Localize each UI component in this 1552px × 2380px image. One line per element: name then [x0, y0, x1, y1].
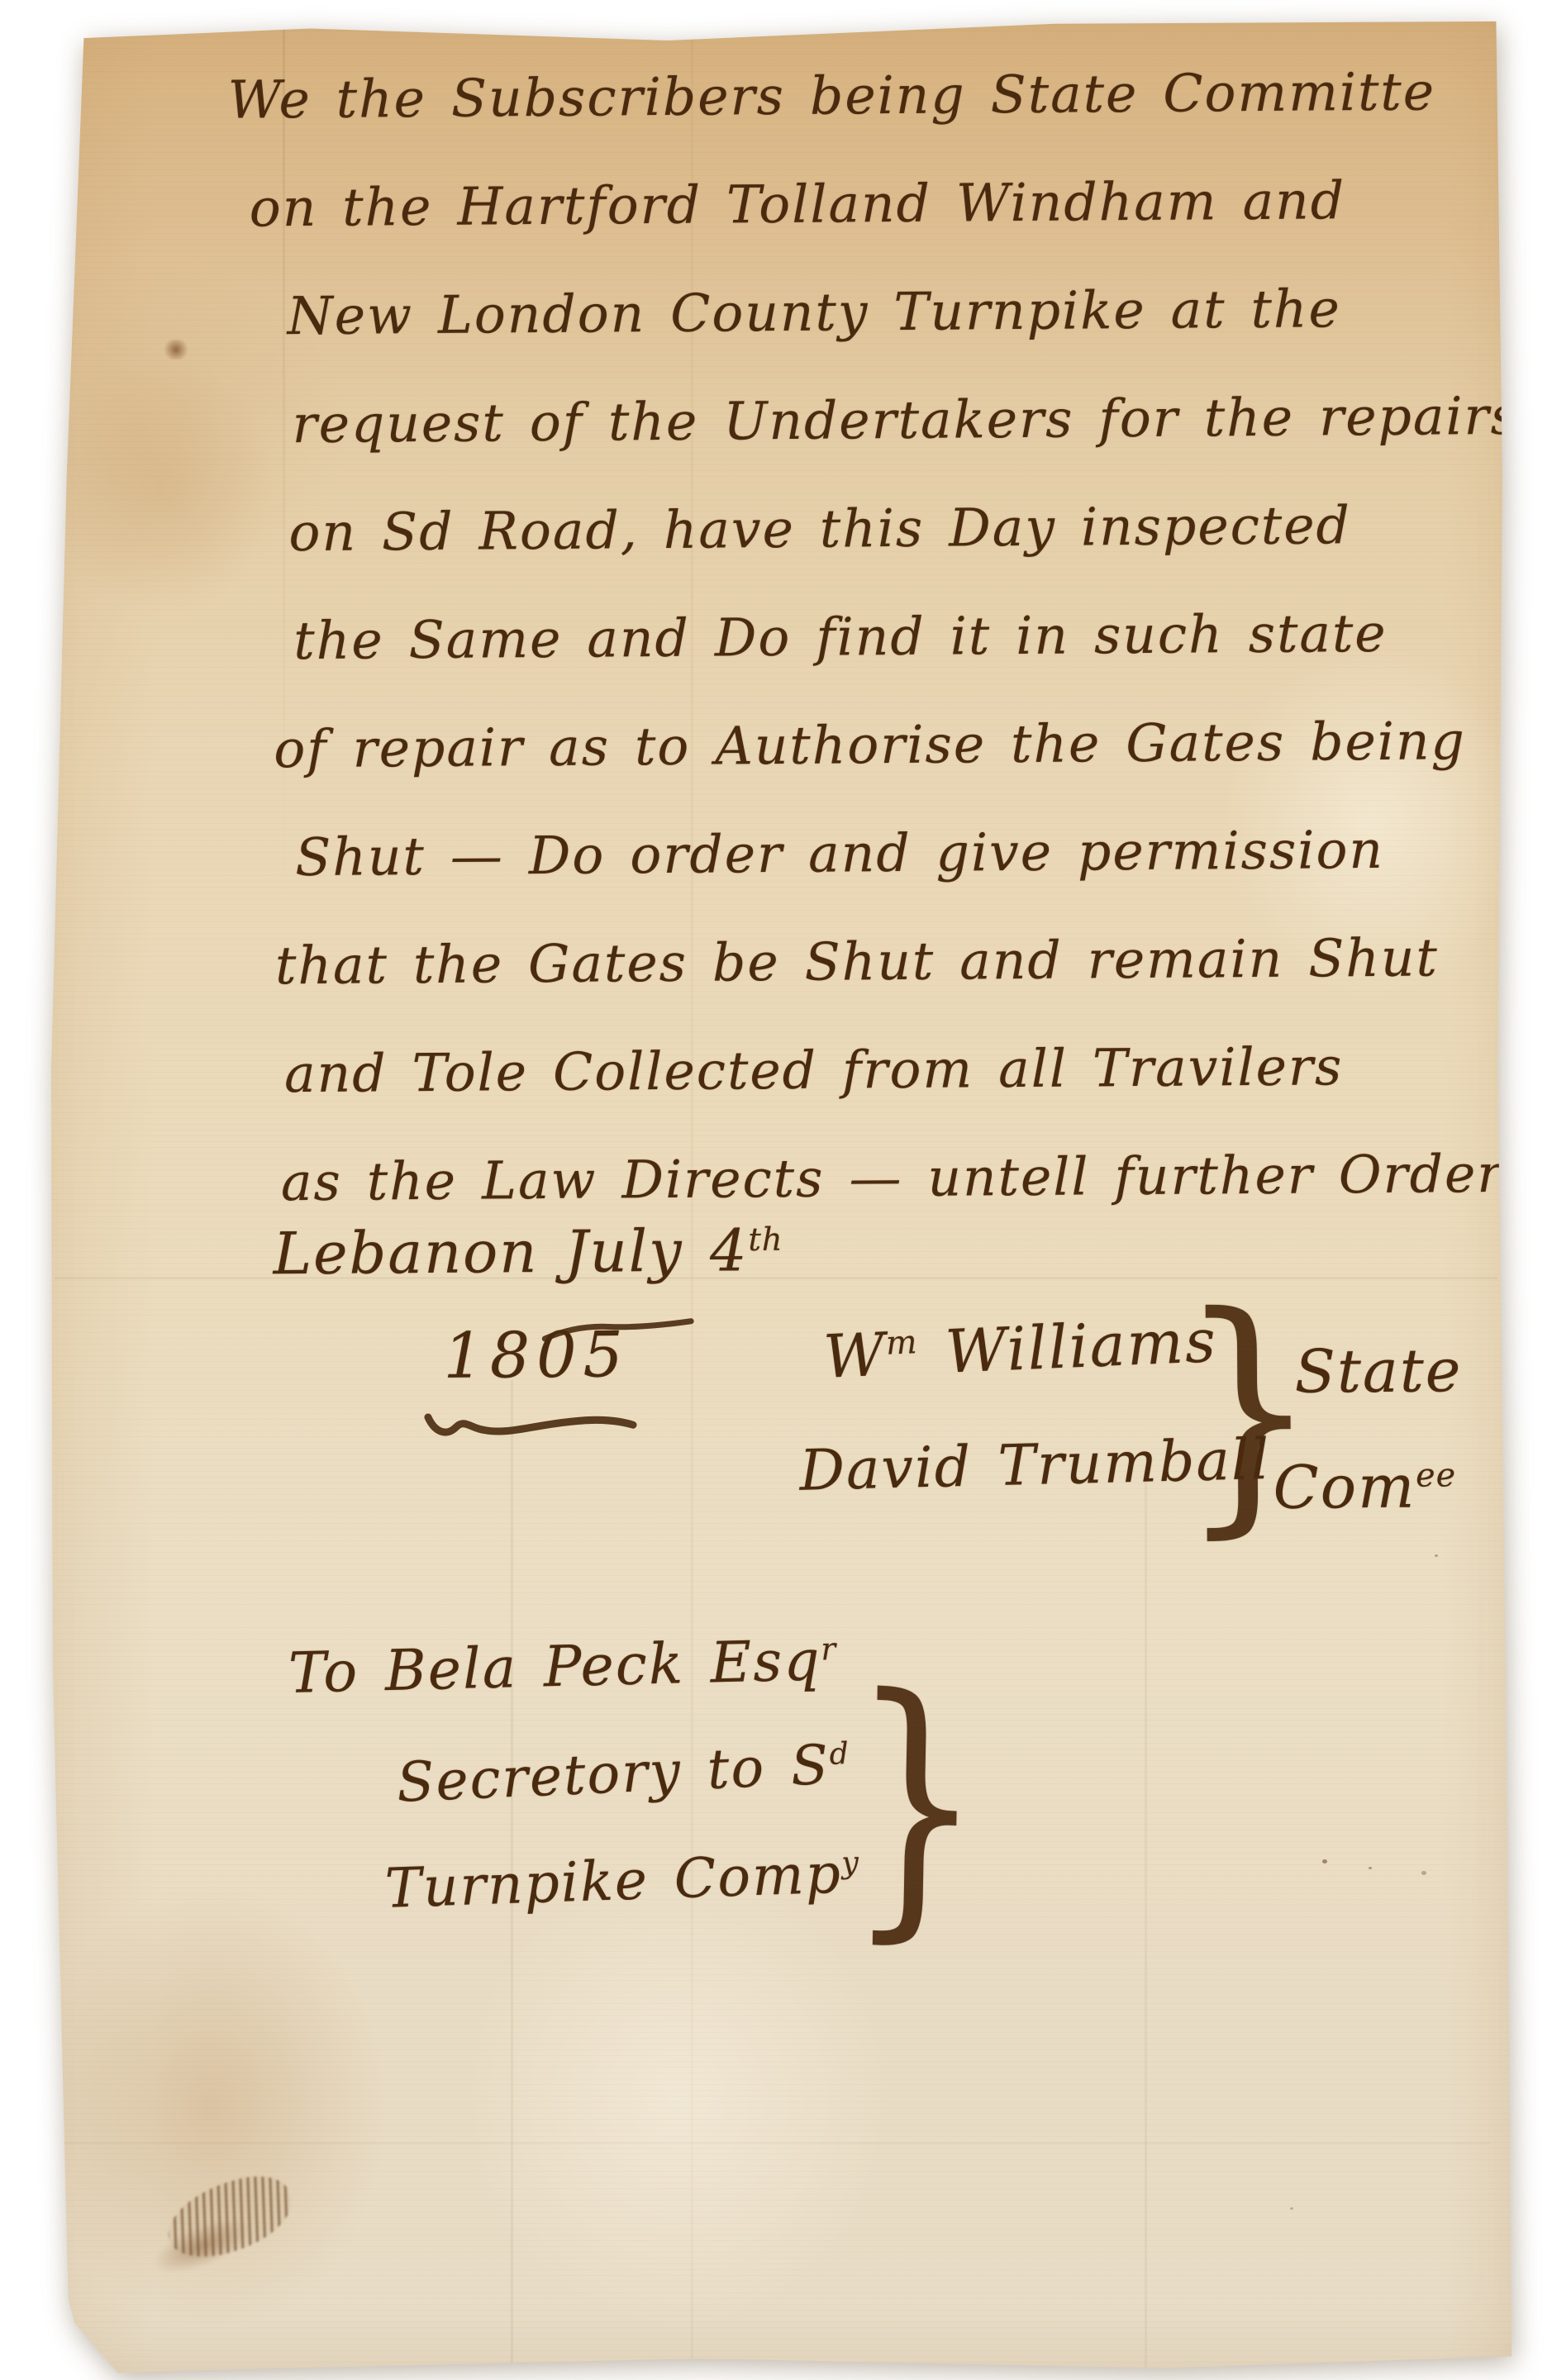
committee-title-comtee: Comee [1273, 1456, 1456, 1517]
body-line-1: We the Subscribers being State Committe [228, 65, 1436, 126]
vertical-crease [283, 0, 285, 904]
address-brace: } [847, 1687, 986, 1922]
manuscript-paper: We the Subscribers being State Committe … [0, 0, 1552, 2380]
worn-light-patch [1223, 645, 1521, 1000]
horizontal-crease [62, 2142, 1490, 2144]
underline-flourish [423, 1402, 638, 1444]
year: 1805 [443, 1323, 630, 1388]
vertical-crease [511, 1380, 513, 2380]
address-line-2: Secretory to Sd [396, 1737, 851, 1811]
committee-title-superscript: ee [1416, 1456, 1456, 1494]
body-line-8: Shut — Do order and give permission [295, 824, 1384, 883]
signature-williams-prefix: W [822, 1320, 888, 1392]
underline-flourish [538, 1315, 695, 1345]
vertical-crease [1145, 1476, 1147, 2380]
body-line-9: that the Gates be Shut and remain Shut [275, 931, 1439, 992]
body-line-2: on the Hartford Tolland Windham and [250, 174, 1346, 234]
vertical-crease [691, 0, 693, 2380]
ink-smudge [158, 2166, 300, 2268]
stain-spot [162, 340, 190, 359]
signature-trumball: David Trumball [799, 1432, 1272, 1500]
body-line-4: request of the Undertakers for the repai… [292, 390, 1519, 450]
body-line-5: on Sd Road, have this Day inspected [288, 499, 1351, 559]
signature-williams: Wm Williams [822, 1311, 1218, 1387]
address-line-3-text: Turnpike Comp [384, 1842, 843, 1921]
address-line-2-superscript: d [829, 1735, 850, 1772]
dateline: Lebanon July 4th [273, 1221, 783, 1283]
left-stain [50, 355, 273, 620]
address-line-1-superscript: r [821, 1630, 837, 1667]
address-line-3-superscript: y [841, 1844, 860, 1881]
committee-title-state: State [1294, 1340, 1462, 1401]
body-line-7: of repair as to Authorise the Gates bein… [274, 715, 1466, 775]
dateline-superscript: th [748, 1221, 783, 1259]
signature-williams-superscript: m [885, 1323, 918, 1363]
dateline-text: Lebanon July 4 [273, 1216, 748, 1288]
body-line-3: New London County Turnpike at the [287, 283, 1341, 342]
paper-shadow-wrap: We the Subscribers being State Committe … [0, 0, 1552, 2380]
address-line-1-text: To Bela Peck Esq [288, 1628, 821, 1706]
document-photo: We the Subscribers being State Committe … [0, 0, 1552, 2380]
committee-title-main: Com [1273, 1452, 1416, 1522]
handwriting-layer: We the Subscribers being State Committe … [0, 0, 1552, 2380]
address-line-3: Turnpike Compy [384, 1846, 860, 1916]
ink-smudge [147, 2208, 258, 2283]
fox-specks [1322, 1859, 1327, 1864]
address-line-2-text: Secretory to S [396, 1733, 831, 1815]
body-line-11: as the Law Directs — untell further Orde… [281, 1148, 1532, 1209]
signature-brace: } [1178, 1306, 1318, 1516]
address-line-1: To Bela Peck Esqr [288, 1633, 837, 1702]
worn-light-patch [463, 1868, 893, 2330]
body-line-6: the Same and Do find it in such state [293, 607, 1388, 667]
signature-williams-surname: Williams [944, 1306, 1218, 1387]
horizontal-crease [55, 1277, 1498, 1279]
bottom-left-stain [33, 1884, 388, 2330]
body-line-10: and Tole Collected from all Travilers [284, 1040, 1344, 1100]
